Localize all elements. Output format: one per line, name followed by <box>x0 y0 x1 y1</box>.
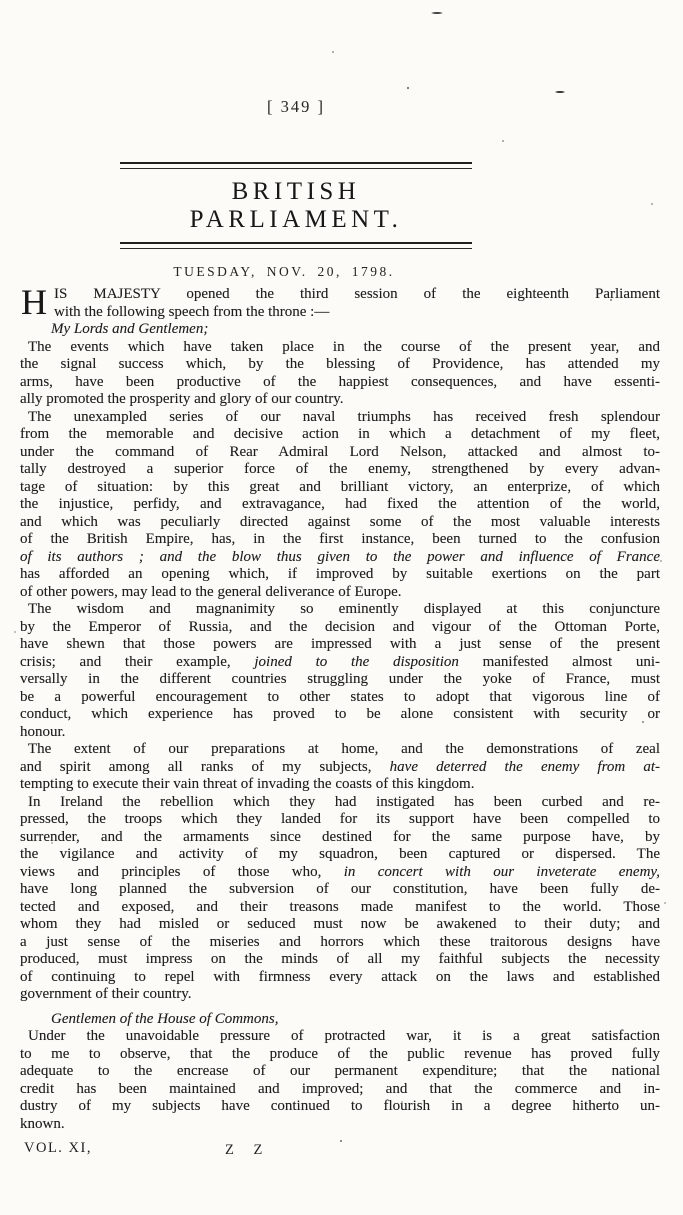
text-line: be a powerful encouragement to other sta… <box>20 689 660 707</box>
text-segment-italic: have deterred the enemy from at- <box>390 759 660 775</box>
text-segment: the vigilance and activity of my squadro… <box>20 846 660 862</box>
text-segment: views and principles of those who, <box>20 864 344 880</box>
text-segment: under the command of Rear Admiral Lord N… <box>20 444 660 460</box>
double-rule-bottom <box>120 242 472 249</box>
paragraph-opening: H IS MAJESTY opened the third session of… <box>20 286 660 321</box>
paragraph-lines: IS MAJESTY opened the third session of t… <box>20 286 660 321</box>
text-segment: whom they had misled or seduced must now… <box>20 916 660 932</box>
text-line: the signal success which, by the blessin… <box>20 356 660 374</box>
text-line: ally promoted the prosperity and glory o… <box>20 391 660 409</box>
document-page: [ 349 ] BRITISH PARLIAMENT. TUESDAY, NOV… <box>0 0 683 1215</box>
double-rule-top <box>120 162 472 169</box>
text-segment: credit has been maintained and improved;… <box>20 1081 660 1097</box>
text-line: In Ireland the rebellion which they had … <box>20 794 660 812</box>
text-segment: Under the unavoidable pressure of protra… <box>28 1028 660 1044</box>
text-line: by the Emperor of Russia, and the decisi… <box>20 619 660 637</box>
text-segment: of continuing to repel with firmness eve… <box>20 969 660 985</box>
text-line: The wisdom and magnanimity so eminently … <box>20 601 660 619</box>
text-segment: produced, must impress on the minds of a… <box>20 951 660 967</box>
text-segment: be a powerful encouragement to other sta… <box>20 689 660 705</box>
text-segment: adequate to the encrease of our permanen… <box>20 1063 660 1079</box>
text-line: of the British Empire, has, in the first… <box>20 531 660 549</box>
text-line: and which was peculiarly directed agains… <box>20 514 660 532</box>
text-segment: IS MAJESTY opened the third session of t… <box>54 286 660 302</box>
text-line: The extent of our preparations at home, … <box>20 741 660 759</box>
text-segment: with the following speech from the thron… <box>54 304 329 320</box>
text-segment: The extent of our preparations at home, … <box>28 741 660 757</box>
salutation-lords: My Lords and Gentlemen; <box>51 321 660 339</box>
text-segment: tage of situation: by this great and bri… <box>20 479 660 495</box>
text-line: known. <box>20 1116 660 1134</box>
text-segment: government of their country. <box>20 986 191 1002</box>
text-line: versally in the different countries stru… <box>20 671 660 689</box>
text-line: have long planned the subversion of our … <box>20 881 660 899</box>
text-line: the injustice, perfidy, and extravagance… <box>20 496 660 514</box>
text-line: has afforded an opening which, if improv… <box>20 566 660 584</box>
text-segment: manifested almost uni- <box>459 654 660 670</box>
session-date: TUESDAY, NOV. 20, 1798. <box>108 264 460 280</box>
text-segment: known. <box>20 1116 65 1132</box>
text-segment: honour. <box>20 724 65 740</box>
paragraph-naval-triumphs: The unexampled series of our naval trium… <box>20 409 660 602</box>
text-line: government of their country. <box>20 986 660 1004</box>
paragraph-preparations: The extent of our preparations at home, … <box>20 741 660 794</box>
paragraph-ireland: In Ireland the rebellion which they had … <box>20 794 660 1004</box>
text-segment: of other powers, may lead to the general… <box>20 584 402 600</box>
text-segment: to me to observe, that the produce of th… <box>20 1046 660 1062</box>
drop-cap: H <box>21 287 47 321</box>
text-segment: of the British Empire, has, in the first… <box>20 531 660 547</box>
text-segment: conduct, which experience has proved to … <box>20 706 660 722</box>
text-line: credit has been maintained and improved;… <box>20 1081 660 1099</box>
text-segment: the signal success which, by the blessin… <box>20 356 660 372</box>
paragraph-revenue: Under the unavoidable pressure of protra… <box>20 1028 660 1133</box>
text-line: IS MAJESTY opened the third session of t… <box>20 286 660 304</box>
text-segment: dustry of my subjects have continued to … <box>20 1098 660 1114</box>
text-line: a just sense of the miseries and horrors… <box>20 934 660 952</box>
text-segment-italic: joined to the disposition <box>254 654 458 670</box>
text-line: whom they had misled or seduced must now… <box>20 916 660 934</box>
text-segment: and which was peculiarly directed agains… <box>20 514 660 530</box>
text-segment: surrender, and the armaments since desti… <box>20 829 660 845</box>
text-line: tected and exposed, and their treasons m… <box>20 899 660 917</box>
masthead: BRITISH PARLIAMENT. <box>120 162 472 249</box>
text-line: from the memorable and decisive action i… <box>20 426 660 444</box>
text-segment: The wisdom and magnanimity so eminently … <box>28 601 660 617</box>
text-line: of continuing to repel with firmness eve… <box>20 969 660 987</box>
text-line: tally destroyed a superior force of the … <box>20 461 660 479</box>
text-segment: The unexampled series of our naval trium… <box>28 409 660 425</box>
text-line: conduct, which experience has proved to … <box>20 706 660 724</box>
text-line: to me to observe, that the produce of th… <box>20 1046 660 1064</box>
text-line: pressed, the troops which they landed fo… <box>20 811 660 829</box>
text-line: views and principles of those who, in co… <box>20 864 660 882</box>
text-line: The unexampled series of our naval trium… <box>20 409 660 427</box>
text-segment: tempting to execute their vain threat of… <box>20 776 474 792</box>
text-line: and spirit among all ranks of my subject… <box>20 759 660 777</box>
text-line: the vigilance and activity of my squadro… <box>20 846 660 864</box>
speech-body: H IS MAJESTY opened the third session of… <box>20 286 660 1133</box>
text-segment-italic: in concert with our inveterate enemy, <box>344 864 660 880</box>
text-segment: In Ireland the rebellion which they had … <box>28 794 660 810</box>
text-line: with the following speech from the thron… <box>20 304 660 322</box>
text-segment: tected and exposed, and their treasons m… <box>20 899 660 915</box>
text-segment: The events which have taken place in the… <box>28 339 660 355</box>
text-segment: and spirit among all ranks of my subject… <box>20 759 390 775</box>
text-line: dustry of my subjects have continued to … <box>20 1098 660 1116</box>
text-line: Under the unavoidable pressure of protra… <box>20 1028 660 1046</box>
page-title: BRITISH PARLIAMENT. <box>120 169 472 242</box>
text-line: under the command of Rear Admiral Lord N… <box>20 444 660 462</box>
text-line: of other powers, may lead to the general… <box>20 584 660 602</box>
text-segment: tally destroyed a superior force of the … <box>20 461 660 477</box>
text-segment: ally promoted the prosperity and glory o… <box>20 391 344 407</box>
text-segment: versally in the different countries stru… <box>20 671 660 687</box>
text-line: of its authors ; and the blow thus given… <box>20 549 660 567</box>
text-line: tempting to execute their vain threat of… <box>20 776 660 794</box>
text-segment: from the memorable and decisive action i… <box>20 426 660 442</box>
text-segment: arms, have been productive of the happie… <box>20 374 660 390</box>
text-line: honour. <box>20 724 660 742</box>
text-line: produced, must impress on the minds of a… <box>20 951 660 969</box>
text-line: have shewn that those powers are impress… <box>20 636 660 654</box>
volume-label: VOL. XI, <box>24 1140 92 1156</box>
text-segment: have long planned the subversion of our … <box>20 881 660 897</box>
text-line: adequate to the encrease of our permanen… <box>20 1063 660 1081</box>
text-segment-italic: of its authors ; and the blow thus given… <box>20 549 660 565</box>
text-line: The events which have taken place in the… <box>20 339 660 357</box>
text-line: arms, have been productive of the happie… <box>20 374 660 392</box>
text-segment: crisis; and their example, <box>20 654 254 670</box>
text-segment: has afforded an opening which, if improv… <box>20 566 660 582</box>
signature-mark: Z Z <box>225 1142 270 1159</box>
paragraph-events: The events which have taken place in the… <box>20 339 660 409</box>
text-segment: a just sense of the miseries and horrors… <box>20 934 660 950</box>
text-segment: by the Emperor of Russia, and the decisi… <box>20 619 660 635</box>
page-footer: VOL. XI, Z Z <box>20 1140 660 1157</box>
text-line: surrender, and the armaments since desti… <box>20 829 660 847</box>
text-line: crisis; and their example, joined to the… <box>20 654 660 672</box>
text-segment: pressed, the troops which they landed fo… <box>20 811 660 827</box>
page-number: [ 349 ] <box>120 97 472 117</box>
salutation-commons: Gentlemen of the House of Commons, <box>51 1011 660 1029</box>
paragraph-russia-porte: The wisdom and magnanimity so eminently … <box>20 601 660 741</box>
text-line: tage of situation: by this great and bri… <box>20 479 660 497</box>
text-segment: have shewn that those powers are impress… <box>20 636 660 652</box>
text-segment: the injustice, perfidy, and extravagance… <box>20 496 660 512</box>
